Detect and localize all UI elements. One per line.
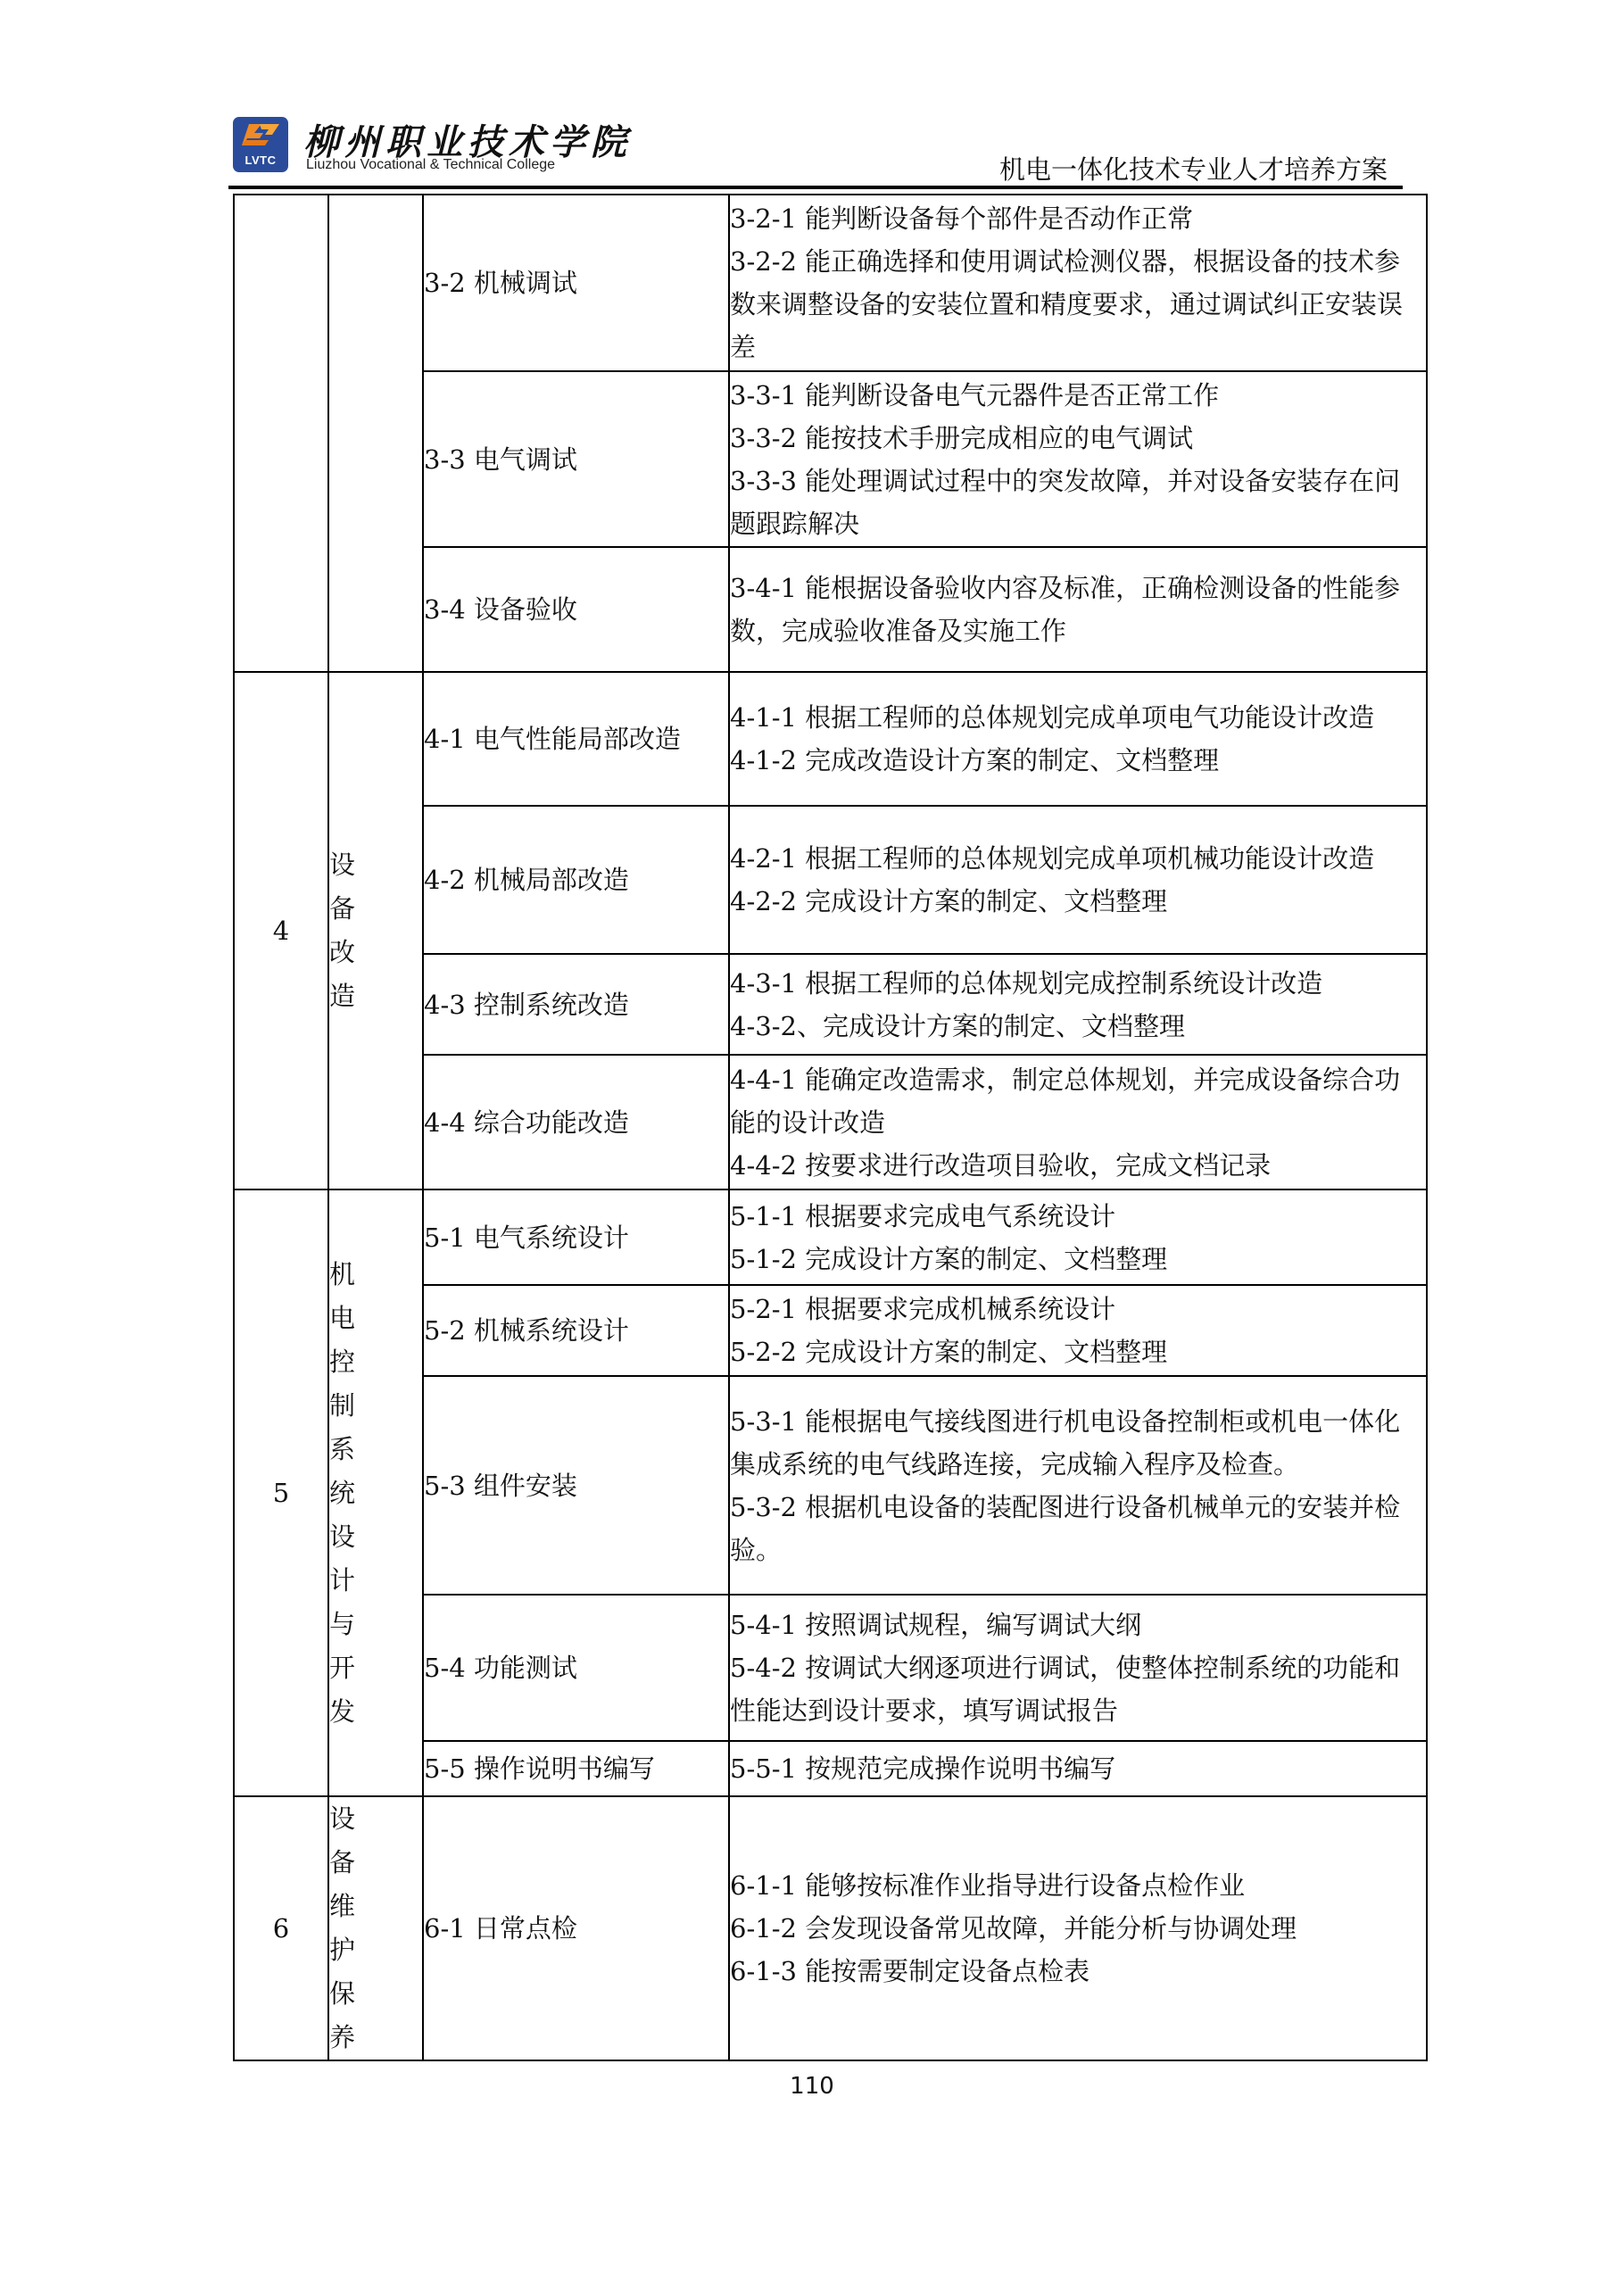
skill-item: 3-4-1 能根据设备验收内容及标准，正确检测设备的性能参数，完成验收准备及实施… [730,567,1426,652]
category-cell: 设备改造 [328,672,423,1189]
task-cell: 4-3 控制系统改造 [423,954,729,1055]
task-cell: 5-4 功能测试 [423,1595,729,1741]
category-cell: 机电控制系统设计与开发 [328,1189,423,1796]
skill-item: 4-3-2、完成设计方案的制定、文档整理 [730,1005,1426,1048]
skill-item: 5-3-2 根据机电设备的装配图进行设备机械单元的安装并检验。 [730,1486,1426,1571]
skill-cell: 3-2-1 能判断设备每个部件是否动作正常 3-2-2 能正确选择和使用调试检测… [729,195,1427,371]
section-number-cell: 6 [234,1796,328,2060]
skill-item: 4-3-1 根据工程师的总体规划完成控制系统设计改造 [730,962,1426,1005]
task-cell: 5-5 操作说明书编写 [423,1741,729,1796]
skill-item: 5-5-1 按规范完成操作说明书编写 [730,1747,1426,1790]
category-cell [328,195,423,672]
skill-item: 3-3-3 能处理调试过程中的突发故障，并对设备安装存在问题跟踪解决 [730,460,1426,545]
task-cell: 4-2 机械局部改造 [423,806,729,954]
skill-item: 5-2-2 完成设计方案的制定、文档整理 [730,1330,1426,1373]
skill-cell: 3-4-1 能根据设备验收内容及标准，正确检测设备的性能参数，完成验收准备及实施… [729,547,1427,672]
skill-item: 4-4-1 能确定改造需求，制定总体规划，并完成设备综合功能的设计改造 [730,1058,1426,1144]
skill-item: 5-2-1 根据要求完成机械系统设计 [730,1288,1426,1330]
task-cell: 4-4 综合功能改造 [423,1055,729,1189]
skill-item: 5-1-2 完成设计方案的制定、文档整理 [730,1238,1426,1281]
table-row: 6 设备维护保养 6-1 日常点检 6-1-1 能够按标准作业指导进行设备点检作… [234,1796,1427,2060]
skill-cell: 3-3-1 能判断设备电气元器件是否正常工作 3-3-2 能按技术手册完成相应的… [729,371,1427,547]
skill-item: 4-2-1 根据工程师的总体规划完成单项机械功能设计改造 [730,837,1426,880]
skill-item: 3-2-1 能判断设备每个部件是否动作正常 [730,197,1426,240]
skill-cell: 4-3-1 根据工程师的总体规划完成控制系统设计改造 4-3-2、完成设计方案的… [729,954,1427,1055]
skill-item: 3-3-2 能按技术手册完成相应的电气调试 [730,417,1426,460]
section-number-cell [234,195,328,672]
header-divider [228,186,1403,189]
training-plan-table: 3-2 机械调试 3-2-1 能判断设备每个部件是否动作正常 3-2-2 能正确… [233,194,1428,2061]
task-cell: 4-1 电气性能局部改造 [423,672,729,806]
skill-item: 6-1-1 能够按标准作业指导进行设备点检作业 [730,1864,1426,1907]
lvtc-mark-icon [242,124,279,151]
skill-cell: 6-1-1 能够按标准作业指导进行设备点检作业 6-1-2 会发现设备常见故障，… [729,1796,1427,2060]
section-number-cell: 5 [234,1189,328,1796]
skill-cell: 5-3-1 能根据电气接线图进行机电设备控制柜或机电一体化集成系统的电气线路连接… [729,1376,1427,1595]
skill-cell: 5-2-1 根据要求完成机械系统设计 5-2-2 完成设计方案的制定、文档整理 [729,1285,1427,1376]
skill-cell: 4-2-1 根据工程师的总体规划完成单项机械功能设计改造 4-2-2 完成设计方… [729,806,1427,954]
college-name-english: Liuzhou Vocational & Technical College [306,157,555,173]
skill-item: 4-4-2 按要求进行改造项目验收，完成文档记录 [730,1144,1426,1187]
logo-abbreviation: LVTC [233,153,288,167]
category-cell: 设备维护保养 [328,1796,423,2060]
skill-item: 5-1-1 根据要求完成电气系统设计 [730,1195,1426,1238]
task-cell: 5-2 机械系统设计 [423,1285,729,1376]
task-cell: 5-3 组件安装 [423,1376,729,1595]
skill-item: 3-2-2 能正确选择和使用调试检测仪器，根据设备的技术参数来调整设备的安装位置… [730,240,1426,369]
skill-item: 5-4-1 按照调试规程，编写调试大纲 [730,1604,1426,1646]
skill-cell: 5-4-1 按照调试规程，编写调试大纲 5-4-2 按调试大纲逐项进行调试，使整… [729,1595,1427,1741]
skill-item: 6-1-2 会发现设备常见故障，并能分析与协调处理 [730,1907,1426,1950]
skill-item: 4-2-2 完成设计方案的制定、文档整理 [730,880,1426,923]
skill-cell: 4-1-1 根据工程师的总体规划完成单项电气功能设计改造 4-1-2 完成改造设… [729,672,1427,806]
skill-cell: 5-1-1 根据要求完成电气系统设计 5-1-2 完成设计方案的制定、文档整理 [729,1189,1427,1285]
task-cell: 5-1 电气系统设计 [423,1189,729,1285]
college-logo: LVTC [233,117,288,172]
task-cell: 3-4 设备验收 [423,547,729,672]
task-cell: 3-2 机械调试 [423,195,729,371]
task-cell: 6-1 日常点检 [423,1796,729,2060]
table-row: 4 设备改造 4-1 电气性能局部改造 4-1-1 根据工程师的总体规划完成单项… [234,672,1427,806]
table-row: 3-2 机械调试 3-2-1 能判断设备每个部件是否动作正常 3-2-2 能正确… [234,195,1427,371]
skill-item: 5-4-2 按调试大纲逐项进行调试，使整体控制系统的功能和性能达到设计要求，填写… [730,1646,1426,1732]
task-cell: 3-3 电气调试 [423,371,729,547]
skill-cell: 5-5-1 按规范完成操作说明书编写 [729,1741,1427,1796]
document-title: 机电一体化技术专业人才培养方案 [999,150,1388,186]
skill-item: 5-3-1 能根据电气接线图进行机电设备控制柜或机电一体化集成系统的电气线路连接… [730,1400,1426,1486]
skill-item: 4-1-1 根据工程师的总体规划完成单项电气功能设计改造 [730,696,1426,739]
skill-item: 6-1-3 能按需要制定设备点检表 [730,1950,1426,1993]
page-number: 110 [0,2073,1624,2100]
skill-cell: 4-4-1 能确定改造需求，制定总体规划，并完成设备综合功能的设计改造 4-4-… [729,1055,1427,1189]
table-row: 5 机电控制系统设计与开发 5-1 电气系统设计 5-1-1 根据要求完成电气系… [234,1189,1427,1285]
skill-item: 3-3-1 能判断设备电气元器件是否正常工作 [730,374,1426,417]
section-number-cell: 4 [234,672,328,1189]
skill-item: 4-1-2 完成改造设计方案的制定、文档整理 [730,739,1426,782]
